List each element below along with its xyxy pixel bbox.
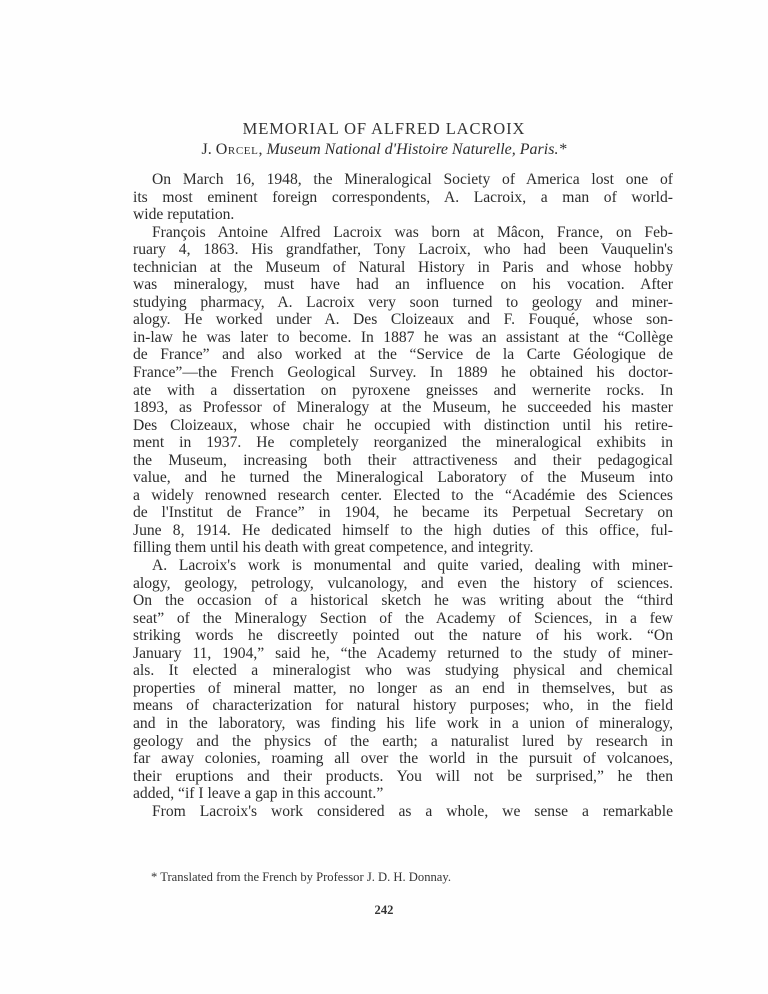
text-line: their eruptions and their products. You … bbox=[133, 768, 673, 786]
text-line: alogy, geology, petrology, vulcanology, … bbox=[133, 575, 673, 593]
text-line: far away colonies, roaming all over the … bbox=[133, 750, 673, 768]
text-line: ruary 4, 1863. His grandfather, Tony Lac… bbox=[133, 241, 673, 259]
text-line: technician at the Museum of Natural Hist… bbox=[133, 259, 673, 277]
text-line: was mineralogy, must have had an influen… bbox=[133, 276, 673, 294]
text-line: June 8, 1914. He dedicated himself to th… bbox=[133, 522, 673, 540]
text-line: Des Cloizeaux, whose chair he occupied w… bbox=[133, 417, 673, 435]
text-line: 1893, as Professor of Mineralogy at the … bbox=[133, 399, 673, 417]
author-affiliation: Museum National d'Histoire Naturelle, Pa… bbox=[266, 141, 566, 158]
text-line: On March 16, 1948, the Mineralogical Soc… bbox=[133, 171, 673, 189]
text-line: A. Lacroix's work is monumental and quit… bbox=[133, 557, 673, 575]
text-line: in-law he was later to become. In 1887 h… bbox=[133, 329, 673, 347]
text-line: January 11, 1904,” said he, “the Academy… bbox=[133, 645, 673, 663]
byline: J. Orcel, Museum National d'Histoire Nat… bbox=[0, 141, 768, 159]
page-number: 242 bbox=[0, 903, 768, 918]
text-line: filling them until his death with great … bbox=[133, 539, 673, 557]
article-title: MEMORIAL OF ALFRED LACROIX bbox=[0, 119, 768, 139]
text-line: als. It elected a mineralogist who was s… bbox=[133, 662, 673, 680]
article-body: On March 16, 1948, the Mineralogical Soc… bbox=[133, 171, 673, 820]
text-line: ate with a dissertation on pyroxene gnei… bbox=[133, 382, 673, 400]
text-line: its most eminent foreign correspondents,… bbox=[133, 189, 673, 207]
text-line: alogy. He worked under A. Des Cloizeaux … bbox=[133, 311, 673, 329]
text-line: the Museum, increasing both their attrac… bbox=[133, 452, 673, 470]
text-line: de l'Institut de France” in 1904, he bec… bbox=[133, 504, 673, 522]
text-line: added, “if I leave a gap in this account… bbox=[133, 785, 673, 803]
text-line: studying pharmacy, A. Lacroix very soon … bbox=[133, 294, 673, 312]
text-line: striking words he discreetly pointed out… bbox=[133, 627, 673, 645]
author-initial: J. bbox=[202, 141, 216, 158]
text-line: properties of mineral matter, no longer … bbox=[133, 680, 673, 698]
text-line: a widely renowned research center. Elect… bbox=[133, 487, 673, 505]
text-line: ment in 1937. He completely reorganized … bbox=[133, 434, 673, 452]
text-line: and in the laboratory, was finding his l… bbox=[133, 715, 673, 733]
text-line: means of characterization for natural hi… bbox=[133, 697, 673, 715]
text-line: seat” of the Mineralogy Section of the A… bbox=[133, 610, 673, 628]
text-line: geology and the physics of the earth; a … bbox=[133, 733, 673, 751]
text-line: On the occasion of a historical sketch h… bbox=[133, 592, 673, 610]
author-surname: Orcel bbox=[216, 141, 259, 158]
text-line: wide reputation. bbox=[133, 206, 673, 224]
text-line: From Lacroix's work considered as a whol… bbox=[133, 803, 673, 821]
text-line: de France” and also worked at the “Servi… bbox=[133, 346, 673, 364]
text-line: value, and he turned the Mineralogical L… bbox=[133, 469, 673, 487]
document-page: MEMORIAL OF ALFRED LACROIX J. Orcel, Mus… bbox=[0, 0, 768, 994]
text-line: François Antoine Alfred Lacroix was born… bbox=[133, 224, 673, 242]
translator-footnote: * Translated from the French by Professo… bbox=[151, 870, 451, 885]
text-line: France”—the French Geological Survey. In… bbox=[133, 364, 673, 382]
